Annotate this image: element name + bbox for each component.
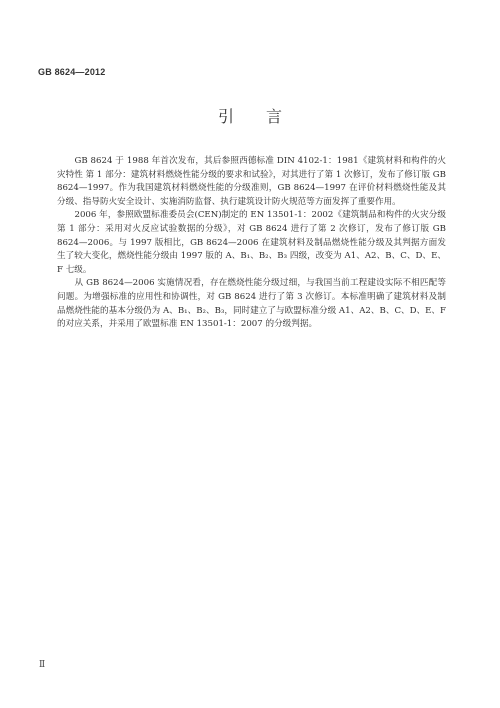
paragraph-history: GB 8624 于 1988 年首次发布，其后参照西德标准 DIN 4102-1… (57, 155, 446, 209)
paragraph-2006-revision: 2006 年，参照欧盟标准委员会(CEN)制定的 EN 13501-1：2002… (57, 209, 446, 277)
title-char-1: 引 (218, 107, 234, 126)
page-number: Ⅱ (39, 660, 45, 670)
page-title: 引言 (0, 104, 500, 127)
standard-number-header: GB 8624—2012 (38, 67, 105, 77)
title-char-2: 言 (266, 107, 282, 126)
introduction-body: GB 8624 于 1988 年首次发布，其后参照西德标准 DIN 4102-1… (57, 155, 446, 332)
paragraph-current-revision: 从 GB 8624—2006 实施情况看，存在燃烧性能分级过细，与我国当前工程建… (57, 277, 446, 331)
